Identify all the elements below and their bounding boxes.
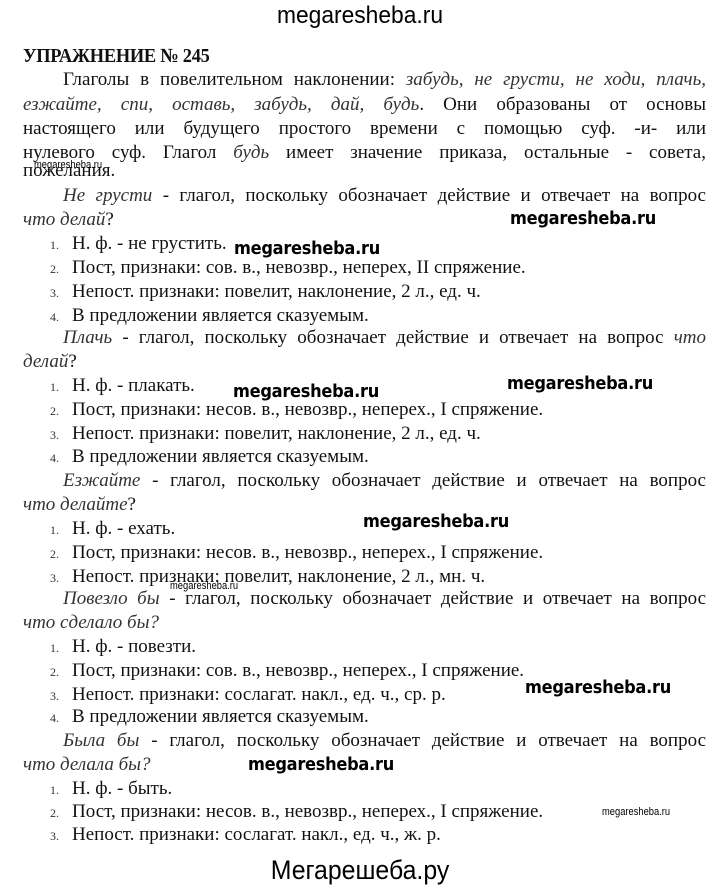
item-text: Н. ф. - быть.: [72, 778, 172, 799]
intro-line-3: настоящего или будущего простого времени…: [23, 118, 706, 140]
analysis-3-item-1: 1.Н. ф. - ехать.: [50, 518, 175, 541]
analysis-4-question: что сделало бы?: [23, 612, 706, 634]
item-text: Пост, признаки: несов. в., невозвр., неп…: [72, 801, 543, 822]
item-text: В предложении является сказуемым.: [72, 305, 369, 326]
watermark-small: megaresheba.ru: [34, 159, 102, 171]
intro-line-5: пожелания.: [23, 160, 706, 182]
item-text: Непост. признаки: сослагат. накл., ед. ч…: [72, 684, 446, 705]
watermark-bold: megaresheba.ru: [363, 511, 509, 532]
item-text: Пост, признаки: несов. в., невозвр., неп…: [72, 399, 543, 420]
analysis-4-heading: Повезло бы - глагол, поскольку обозначае…: [63, 588, 706, 610]
analysis-3-heading: Езжайте - глагол, поскольку обозначает д…: [63, 470, 706, 492]
item-number: 4.: [50, 707, 72, 729]
intro-line-1: Глаголы в повелительном наклонении: забу…: [63, 69, 706, 91]
analysis-question: что делала бы?: [23, 754, 151, 775]
intro-verbs: забудь, не грусти, не ходи, плачь,: [406, 69, 706, 90]
analysis-2-item-4: 4.В предложении является сказуемым.: [50, 446, 369, 469]
analysis-text: - глагол, поскольку обозначает действие …: [160, 588, 706, 609]
exercise-title: УПРАЖНЕНИЕ № 245: [23, 45, 210, 68]
analysis-5-item-1: 1.Н. ф. - быть.: [50, 778, 172, 801]
analysis-text: - глагол, поскольку обозначает действие …: [112, 327, 674, 348]
item-text: Непост. признаки: сослагат. накл., ед. ч…: [72, 824, 441, 845]
analysis-3-item-3: 3.Непост. признаки: повелит, наклонение,…: [50, 566, 485, 589]
item-number: 4.: [50, 447, 72, 469]
analysis-question: что сделало бы?: [23, 612, 159, 633]
item-text: Непост. признаки: повелит, наклонение, 2…: [72, 423, 481, 444]
analysis-5-item-2: 2.Пост, признаки: несов. в., невозвр., н…: [50, 801, 543, 824]
item-number: 2.: [50, 543, 72, 565]
analysis-4-item-1: 1.Н. ф. - повезти.: [50, 636, 196, 659]
analysis-5-item-3: 3.Непост. признаки: сослагат. накл., ед.…: [50, 824, 441, 847]
item-number: 1.: [50, 779, 72, 801]
analysis-question: что делай: [23, 209, 105, 230]
item-text: Н. ф. - повезти.: [72, 636, 196, 657]
item-number: 1.: [50, 637, 72, 659]
item-text: Н. ф. - ехать.: [72, 518, 175, 539]
analysis-text: - глагол, поскольку обозначает действие …: [152, 185, 706, 206]
watermark-bold: megaresheba.ru: [234, 238, 380, 259]
analysis-2-item-3: 3.Непост. признаки: повелит, наклонение,…: [50, 423, 481, 446]
item-number: 3.: [50, 685, 72, 707]
analysis-5-heading: Была бы - глагол, поскольку обозначает д…: [63, 730, 706, 752]
item-text: Н. ф. - плакать.: [72, 375, 195, 396]
item-number: 1.: [50, 376, 72, 398]
intro-verbs: езжайте, спи, оставь, забудь, дай, будь: [23, 94, 419, 115]
item-text: Пост, признаки: сов. в., невозвр., непер…: [72, 660, 524, 681]
intro-text: . Они образованы от основы: [419, 94, 706, 115]
item-number: 2.: [50, 258, 72, 280]
analysis-4-item-4: 4.В предложении является сказуемым.: [50, 706, 369, 729]
analysis-1-heading: Не грусти - глагол, поскольку обозначает…: [63, 185, 706, 207]
watermark-small: megaresheba.ru: [170, 580, 238, 592]
item-text: Непост. признаки: повелит, наклонение, 2…: [72, 566, 485, 587]
analysis-2-item-2: 2.Пост, признаки: несов. в., невозвр., н…: [50, 399, 543, 422]
intro-line-2: езжайте, спи, оставь, забудь, дай, будь.…: [23, 94, 706, 116]
analysis-1-item-4: 4.В предложении является сказуемым.: [50, 305, 369, 328]
analysis-2-question: делай?: [23, 351, 706, 373]
analysis-2-item-1: 1.Н. ф. - плакать.: [50, 375, 195, 398]
item-number: 3.: [50, 825, 72, 847]
item-number: 4.: [50, 306, 72, 328]
item-text: В предложении является сказуемым.: [72, 446, 369, 467]
item-number: 2.: [50, 802, 72, 824]
question-mark: ?: [68, 351, 76, 372]
item-text: Пост, признаки: сов. в., невозвр., непер…: [72, 257, 526, 278]
item-text: В предложении является сказуемым.: [72, 706, 369, 727]
analysis-word: Плачь: [63, 327, 112, 348]
analysis-question: что: [674, 327, 706, 348]
analysis-1-item-1: 1.Н. ф. - не грустить.: [50, 233, 227, 256]
item-number: 3.: [50, 424, 72, 446]
item-number: 3.: [50, 567, 72, 589]
question-mark: ?: [105, 209, 113, 230]
analysis-3-item-2: 2.Пост, признаки: несов. в., невозвр., н…: [50, 542, 543, 565]
watermark-bold: megaresheba.ru: [233, 381, 379, 402]
analysis-question: что делайте: [23, 494, 128, 515]
analysis-1-item-3: 3.Непост. признаки: повелит, наклонение,…: [50, 281, 481, 304]
analysis-text: - глагол, поскольку обозначает действие …: [140, 470, 706, 491]
analysis-word: Повезло бы: [63, 588, 160, 609]
analysis-4-item-2: 2.Пост, признаки: сов. в., невозвр., неп…: [50, 660, 524, 683]
watermark-small: megaresheba.ru: [602, 806, 670, 818]
analysis-2-heading: Плачь - глагол, поскольку обозначает дей…: [63, 327, 706, 349]
watermark-bold: megaresheba.ru: [525, 677, 671, 698]
analysis-word: Не грусти: [63, 185, 152, 206]
analysis-question: делай: [23, 351, 68, 372]
item-text: Н. ф. - не грустить.: [72, 233, 227, 254]
analysis-4-item-3: 3.Непост. признаки: сослагат. накл., ед.…: [50, 684, 446, 707]
item-text: Непост. признаки: повелит, наклонение, 2…: [72, 281, 481, 302]
item-number: 3.: [50, 282, 72, 304]
item-number: 1.: [50, 519, 72, 541]
analysis-text: - глагол, поскольку обозначает действие …: [139, 730, 706, 751]
watermark-bold: megaresheba.ru: [507, 373, 653, 394]
watermark-bold: megaresheba.ru: [248, 754, 394, 775]
question-mark: ?: [128, 494, 136, 515]
item-number: 2.: [50, 400, 72, 422]
analysis-1-item-2: 2.Пост, признаки: сов. в., невозвр., неп…: [50, 257, 526, 280]
footer-watermark: Мегарешеба.ру: [29, 855, 691, 886]
intro-text: Глаголы в повелительном наклонении:: [63, 69, 406, 90]
site-header-watermark: megaresheba.ru: [18, 2, 702, 30]
watermark-bold: megaresheba.ru: [510, 208, 656, 229]
item-text: Пост, признаки: несов. в., невозвр., неп…: [72, 542, 543, 563]
item-number: 2.: [50, 661, 72, 683]
analysis-word: Езжайте: [63, 470, 140, 491]
analysis-word: Была бы: [63, 730, 139, 751]
item-number: 1.: [50, 234, 72, 256]
